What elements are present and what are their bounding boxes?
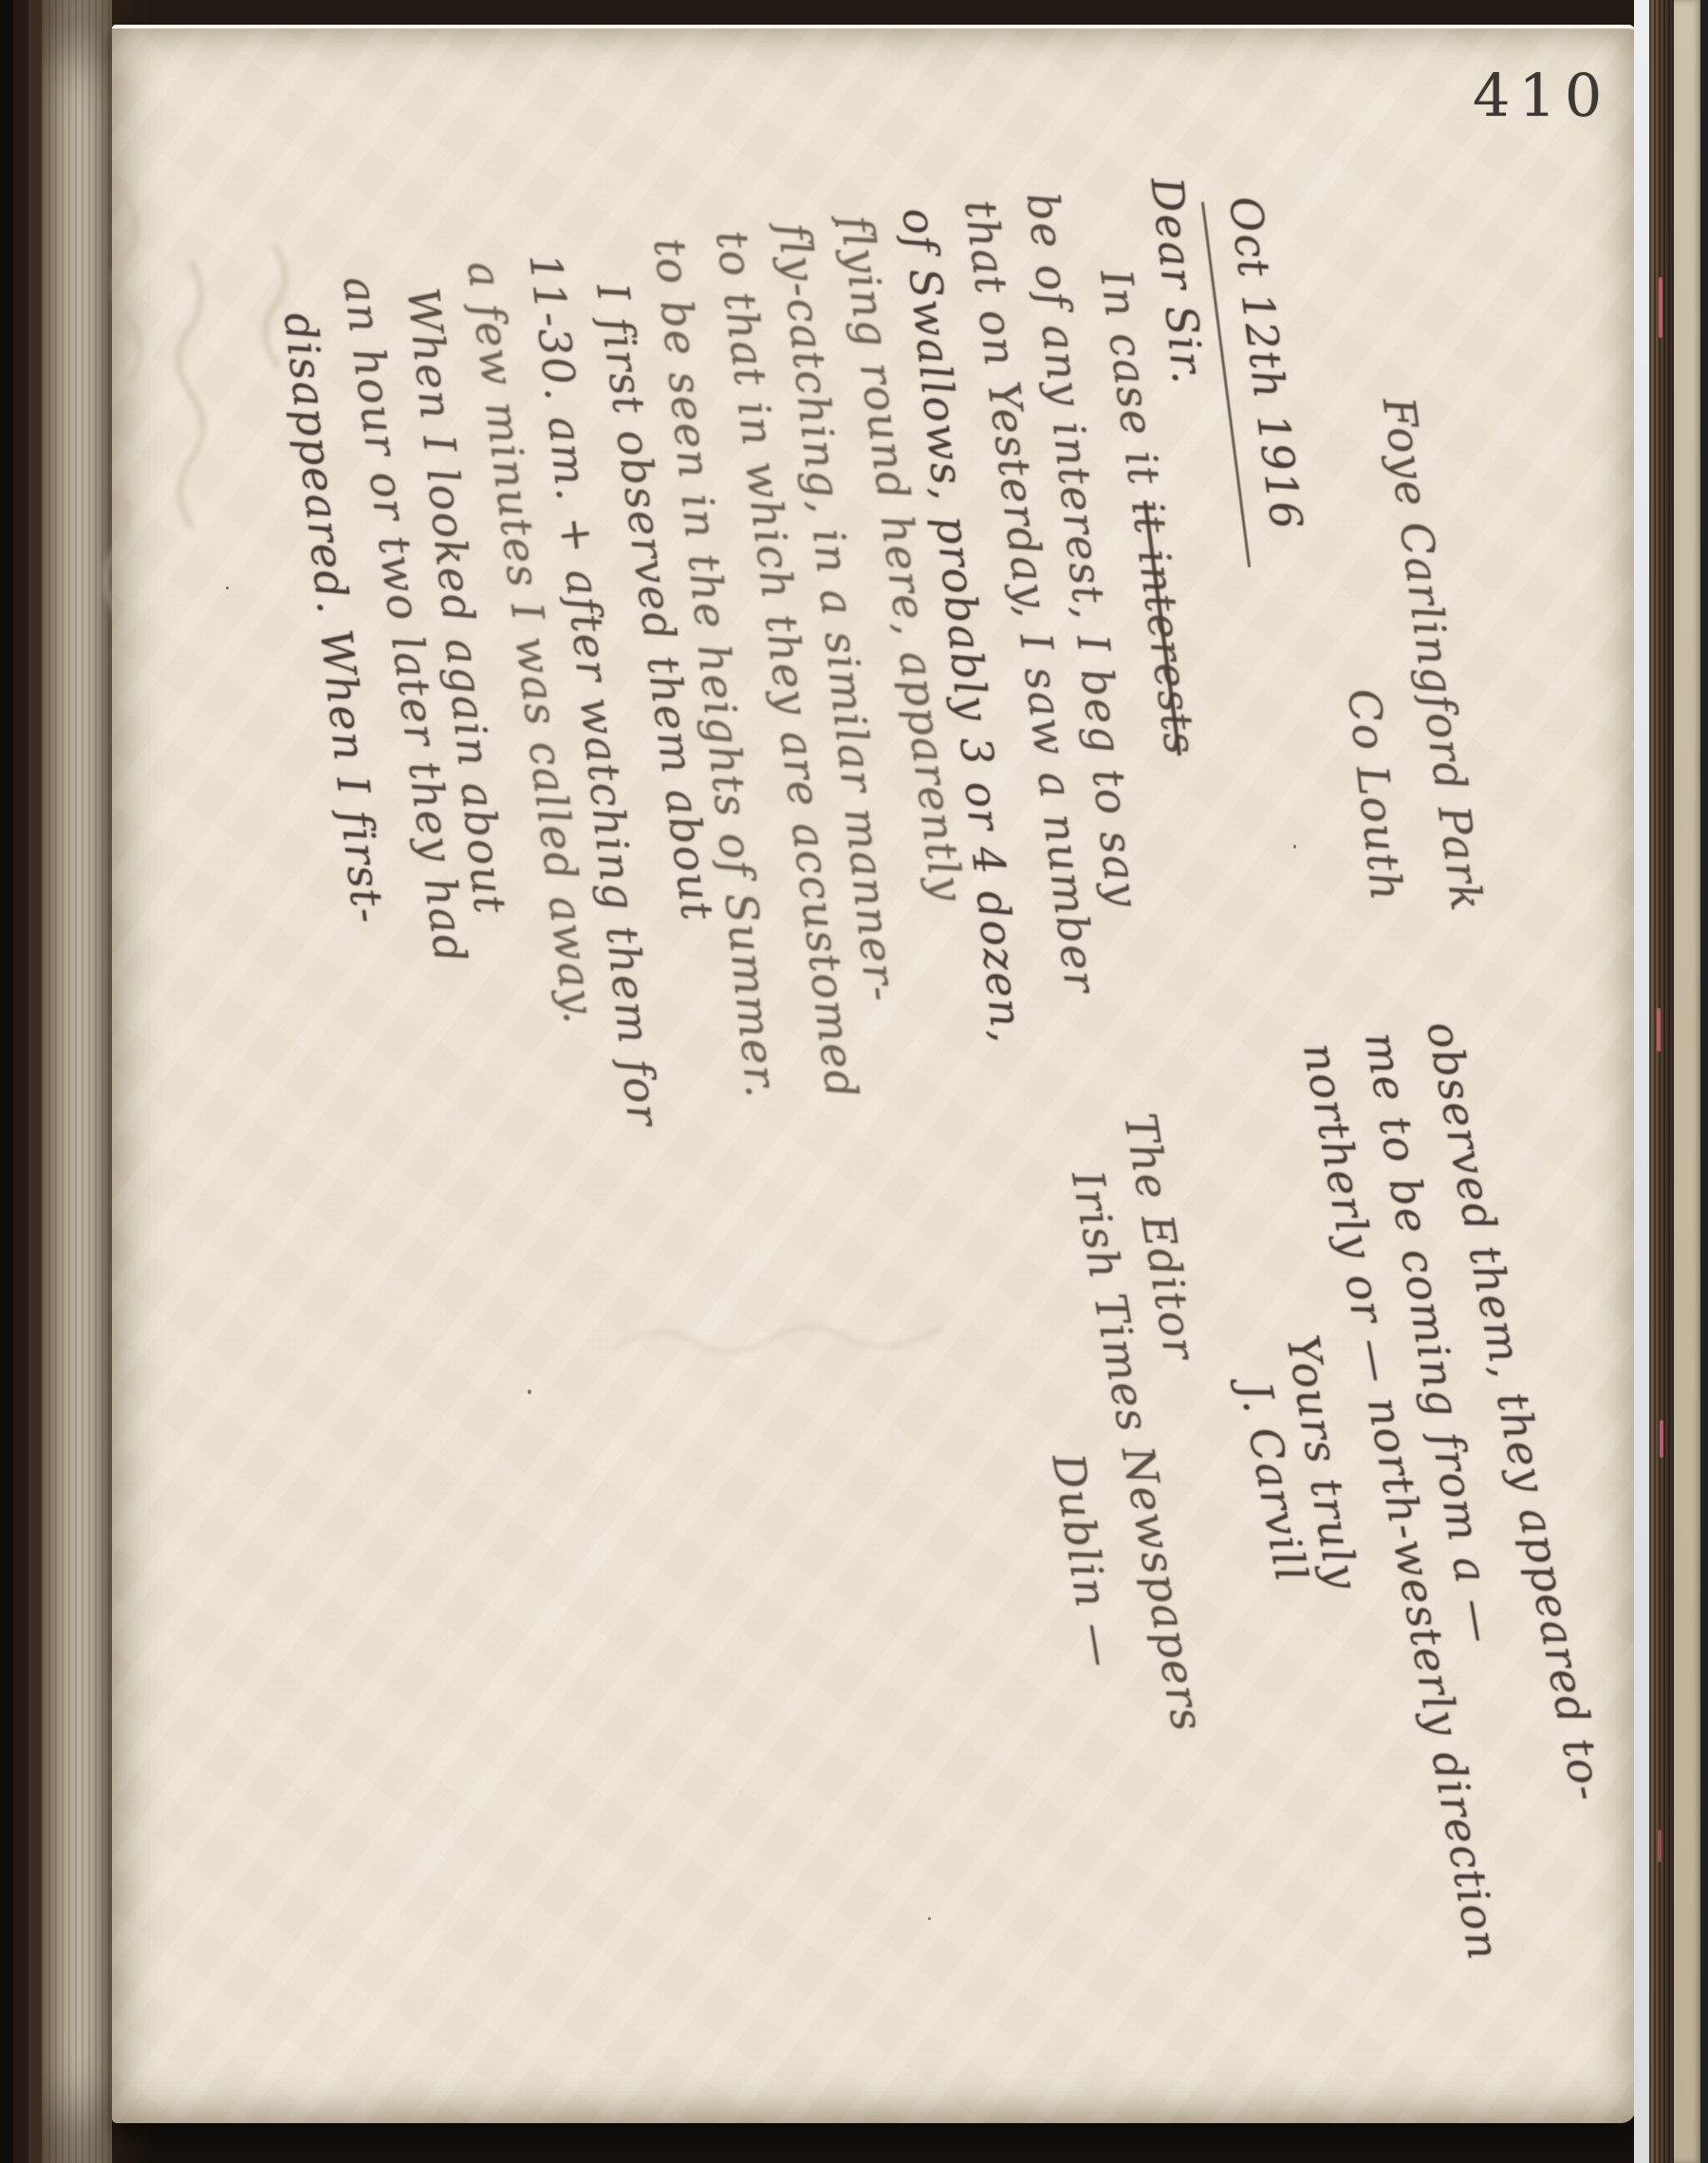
book-fore-edge: [1632, 0, 1708, 2163]
book-spine: [0, 0, 42, 2163]
book-page-photo: 410 Foye Carlingford Park Co Louth Oct 1…: [0, 0, 1708, 2163]
edge-pink-mark: [1659, 277, 1662, 338]
next-page-edge: [1634, 0, 1649, 2163]
dust-speck: [528, 1389, 531, 1394]
dust-speck: [226, 587, 229, 589]
page-number-stamp: 410: [1473, 61, 1610, 130]
edge-pink-mark: [1658, 1830, 1662, 1862]
edge-pink-mark: [1657, 1008, 1661, 1052]
endpaper-edge: [1674, 0, 1701, 2163]
dust-speck: [928, 1917, 931, 1920]
edge-pink-mark: [1660, 1420, 1663, 1458]
cover-cloth-edge: [1700, 0, 1708, 2163]
page-stack-left-edge: [42, 0, 112, 2163]
